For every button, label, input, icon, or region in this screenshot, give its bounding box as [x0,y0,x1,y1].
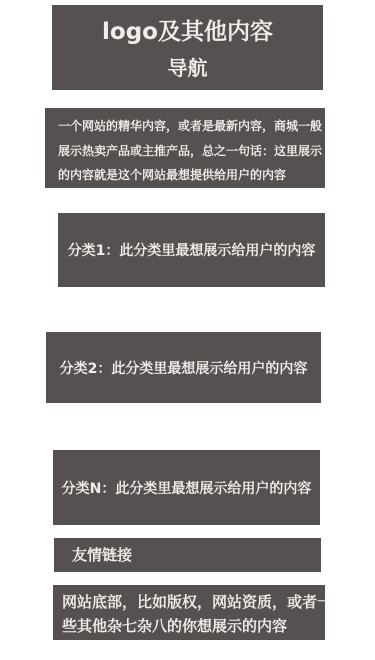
nav-bar[interactable]: 导航 [52,51,323,86]
logo-area: logo及其他内容 [52,13,323,51]
friend-links-bar[interactable]: 友情链接 [54,538,321,572]
category-n-block[interactable]: 分类N：此分类里最想展示给用户的内容 [53,450,320,525]
footer-block: 网站底部，比如版权，网站资质，或者一 些其他杂七杂八的你想展示的内容 [53,585,325,640]
featured-content-text: 展示热卖产品或主推产品，总之一句话：这里展示 [58,139,322,164]
category-1-block[interactable]: 分类1：此分类里最想展示给用户的内容 [58,213,325,287]
featured-content-text: 的内容就是这个网站最想提供给用户的内容 [58,163,322,188]
featured-content-block: 一个网站的精华内容，或者是最新内容，商城一般 展示热卖产品或主推产品，总之一句话… [45,108,325,188]
category-2-block[interactable]: 分类2：此分类里最想展示给用户的内容 [46,332,321,403]
featured-content-text: 一个网站的精华内容，或者是最新内容，商城一般 [58,114,322,139]
mobile-wireframe-page: logo及其他内容 导航 一个网站的精华内容，或者是最新内容，商城一般 展示热卖… [0,0,375,660]
footer-text: 网站底部，比如版权，网站资质，或者一 [62,590,325,614]
header-block: logo及其他内容 导航 [52,5,323,90]
footer-text: 些其他杂七杂八的你想展示的内容 [62,614,325,638]
